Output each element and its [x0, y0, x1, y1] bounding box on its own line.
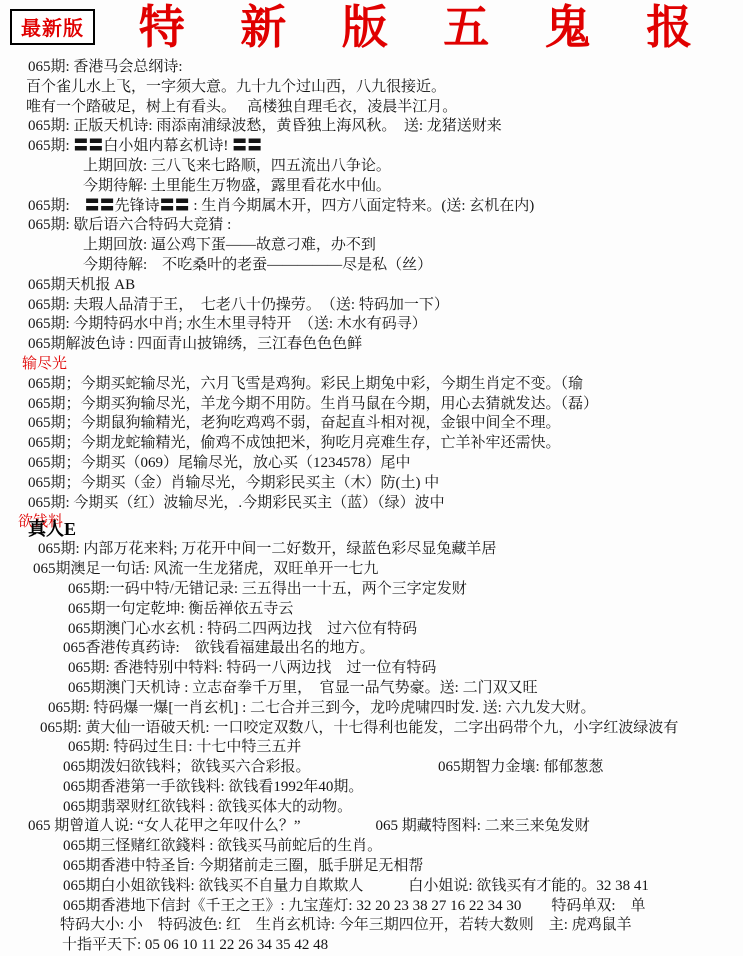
text-line: 065期白小姐欲钱料: 欲钱买不自量力自欺欺人 白小姐说: 欲钱买有才能的。32…: [0, 877, 743, 897]
page-title: 特 新 版 五 鬼 报: [110, 0, 743, 56]
overlay-bold-text: 真人E: [28, 520, 76, 538]
text-line: 065期澳门心水玄机 : 特码二四两边找 过六位有特码: [0, 620, 743, 640]
text-line: 065期解波色诗 : 四面青山披锦绣，三江春色色色鲜: [0, 335, 743, 355]
text-line: 065期: 特码爆一爆[一肖玄机] : 二七合并三到今，龙吟虎啸四时发. 送: …: [0, 699, 743, 719]
text-line: 065期；今期鼠狗输精光，老狗吃鸡鸡不弱，奋起直斗相对视，金银中间全不理。: [0, 414, 743, 434]
text-line: 唯有一个踏破足，树上有看头。 高楼独自理毛衣，凌晨半江月。: [0, 98, 743, 118]
text-line: 065期: 〓〓白小姐内幕玄机诗! 〓〓: [0, 137, 743, 157]
page-header: 最新版 特 新 版 五 鬼 报: [0, 0, 743, 56]
text-line: 065期: 黄大仙一语破天机: 一口咬定双数八，十七得利也能发，二字出码带个九，…: [0, 719, 743, 739]
text-line: 065期澳足一句话: 风流一生龙猪虎，双旺单开一七九: [0, 560, 743, 580]
page: { "page": { "badge": "最新版", "title": "特 …: [0, 0, 743, 956]
section-label-red: 输尽光: [0, 355, 743, 375]
text-line: 065期三怪赌红欲錢料 : 欲钱买马前蛇后的生肖。: [0, 837, 743, 857]
text-line: 065期香港第一手欲钱料: 欲钱看1992年40期。: [0, 778, 743, 798]
text-line: 065期翡翠财红欲钱料 : 欲钱买体大的动物。: [0, 798, 743, 818]
text-line: 065期澳门天机诗 : 立志奋拳千万里， 官显一品气势豪。送: 二门双又旺: [0, 679, 743, 699]
text-line: 065期一句定乾坤: 衡岳禅依五寺云: [0, 600, 743, 620]
text-line: 065期；今期买蛇输尽光，六月飞雪是鸡狗。彩民上期兔中彩，今期生肖定不变。（瑜: [0, 375, 743, 395]
text-line: 065期: 今期特码水中肖; 水生木里寻特开 （送: 木水有码寻）: [0, 315, 743, 335]
text-line: 065香港传真药诗: 欲钱看福建最出名的地方。: [0, 639, 743, 659]
text-line: 上期回放: 三八飞来七路顺，四五流出八争论。: [0, 157, 743, 177]
text-line: 065期: 内部万花来料; 万花开中间一二好数开，绿蓝色彩尽显兔藏羊居: [0, 540, 743, 560]
text-line: 065期: 歇后语六合特码大竞猜 :: [0, 216, 743, 236]
text-line: 065期；今期买（069）尾输尽光，放心买（1234578）尾中: [0, 454, 743, 474]
text-line: 065期: 正版天机诗: 雨添南浦绿波愁，黄昏独上海风秋。 送: 龙猪送财来: [0, 117, 743, 137]
text-line: 065期；今期买狗输尽光，羊龙今期不用防。生肖马鼠在今期，用心去猜就发达。（磊）: [0, 395, 743, 415]
text-line: 065期泼妇欲钱料；欲钱买六合彩报。 065期智力金壤: 郁郁葱葱: [0, 758, 743, 778]
text-line: 上期回放: 逼公鸡下蛋——故意刁难，办不到: [0, 236, 743, 256]
text-line: 今期待解: 不吃桑叶的老蚕—————尽是私（丝）: [0, 256, 743, 276]
text-line: 065期香港中特圣旨: 今期猪前走三圈，胝手胼足无相帮: [0, 857, 743, 877]
overlapping-section-labels: 欲钱料真人E: [0, 513, 743, 540]
text-line: 065期香港地下信封《千王之王》: 九宝莲灯: 32 20 23 38 27 1…: [0, 897, 743, 917]
text-line: 065期: 夫瑕人品清于王， 七老八十仍操劳。 （送: 特码加一下）: [0, 296, 743, 316]
document-body: 065期: 香港马会总纲诗:百个雀儿水上飞，一字须大意。九十九个过山西，八九很接…: [0, 58, 743, 956]
text-line: 065期:一码中特/无错记录: 三五得出一十五，两个三字定发财: [0, 580, 743, 600]
latest-edition-badge: 最新版: [10, 9, 95, 45]
text-line: 百个雀儿水上飞，一字须大意。九十九个过山西，八九很接近。: [0, 78, 743, 98]
text-line: 十指平天下: 05 06 10 11 22 26 34 35 42 48: [0, 936, 743, 956]
text-line: 065期: 今期买（红）波输尽光，.今期彩民买主（蓝）（绿）波中: [0, 494, 743, 514]
text-line: 065期: 特码过生日: 十七中特三五并: [0, 738, 743, 758]
text-line: 065期；今期龙蛇输精光，偷鸡不成蚀把米，狗吃月亮难生存，亡羊补牢还需快。: [0, 434, 743, 454]
text-line: 特码大小: 小 特码波色: 红 生肖玄机诗: 今年三期四位开，若转大数则 主: …: [0, 916, 743, 936]
text-line: 065期: 香港马会总纲诗:: [0, 58, 743, 78]
text-line: 065期天机报 AB: [0, 276, 743, 296]
text-line: 今期待解: 土里能生万物盛，露里看花水中仙。: [0, 177, 743, 197]
text-line: 065期: 〓〓先锋诗〓〓 : 生肖今期属木开，四方八面定特来。(送: 玄机在内…: [0, 197, 743, 217]
text-line: 065 期曾道人说: “女人花甲之年叹什么？” 065 期藏特图料: 二来三来兔…: [0, 817, 743, 837]
text-line: 065期: 香港特别中特料: 特码一八两边找 过一位有特码: [0, 659, 743, 679]
text-line: 065期；今期买（金）肖输尽光，今期彩民买主（木）防(土) 中: [0, 474, 743, 494]
